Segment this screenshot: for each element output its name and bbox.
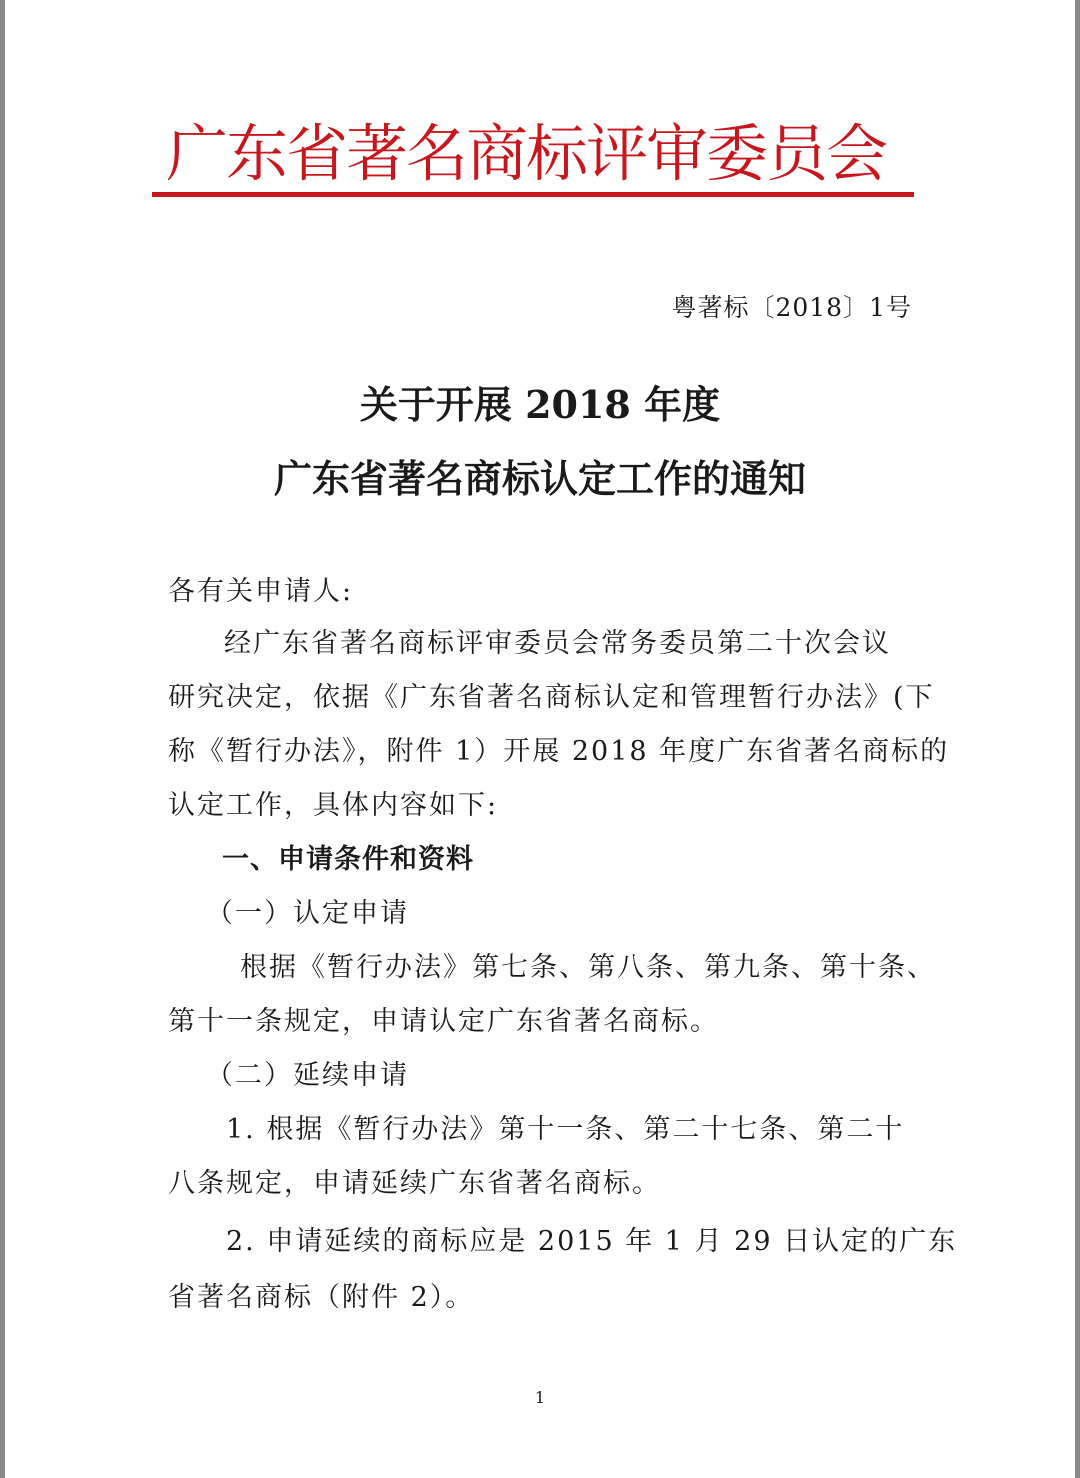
- item-1-line-2: 八条规定，申请延续广东省著名商标。: [168, 1164, 661, 1204]
- item-2-line-1: 2. 申请延续的商标应是 2015 年 1 月 29 日认定的广东: [226, 1222, 957, 1262]
- intro-line-1: 经广东省著名商标评审委员会常务委员第二十次会议: [224, 624, 891, 664]
- letterhead-title: 广东省著名商标评审委员会: [166, 118, 886, 190]
- document-title-line-2: 广东省著名商标认定工作的通知: [0, 454, 1080, 504]
- item-2-line-2: 省著名商标（附件 2）。: [168, 1278, 474, 1318]
- document-number: 粤著标〔2018〕1号: [671, 290, 912, 326]
- document-title-line-1: 关于开展 2018 年度: [0, 380, 1080, 430]
- item-1-line-1: 1. 根据《暂行办法》第十一条、第二十七条、第二十: [226, 1110, 904, 1150]
- subsection-1-line-1: 根据《暂行办法》第七条、第八条、第九条、第十条、: [240, 948, 936, 988]
- intro-line-4: 认定工作，具体内容如下:: [168, 786, 498, 826]
- subsection-1-line-2: 第十一条规定，申请认定广东省著名商标。: [168, 1002, 719, 1042]
- letterhead-red-rule: [152, 192, 914, 197]
- subsection-1-heading: （一）认定申请: [206, 894, 409, 934]
- subsection-2-heading: （二）延续申请: [206, 1056, 409, 1096]
- page-edge-right: [1075, 0, 1080, 1478]
- section-1-heading: 一、申请条件和资料: [222, 840, 474, 880]
- intro-line-2: 研究决定，依据《广东省著名商标认定和管理暂行办法》(下: [168, 678, 935, 718]
- page-number: 1: [0, 1388, 1080, 1407]
- intro-line-3: 称《暂行办法》，附件 1）开展 2018 年度广东省著名商标的: [168, 732, 949, 772]
- salutation: 各有关申请人:: [168, 572, 353, 612]
- page-edge-left: [0, 0, 5, 1478]
